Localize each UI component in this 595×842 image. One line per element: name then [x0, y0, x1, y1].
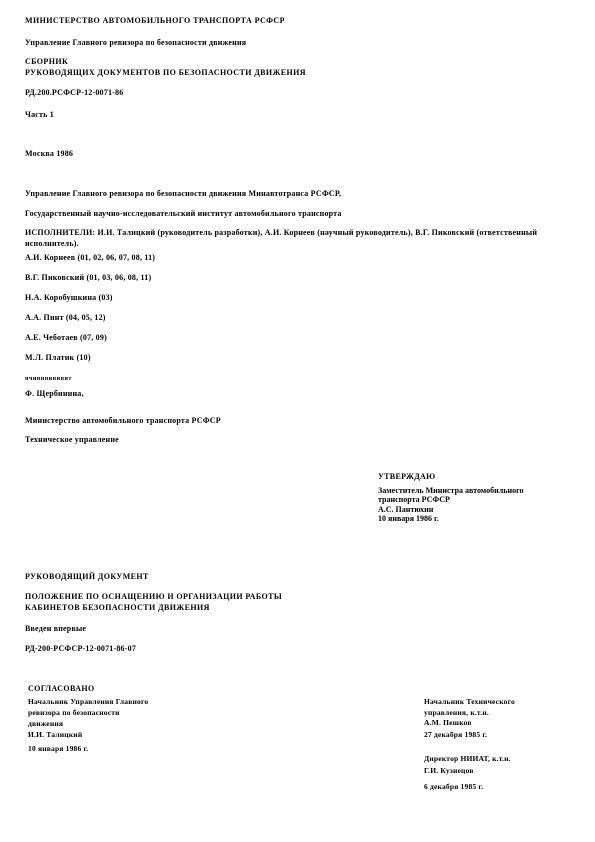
executor-item: М.Л. Платик (10) [25, 352, 155, 363]
collection-title: СБОРНИК РУКОВОДЯЩИХ ДОКУМЕНТОВ ПО БЕЗОПА… [25, 56, 306, 78]
document-type-label: РУКОВОДЯЩИЙ ДОКУМЕНТ [25, 571, 149, 582]
approval-name: А.С. Пантюхин [378, 505, 524, 515]
approval-date: 10 января 1986 г. [378, 514, 524, 524]
approval-label: УТВЕРЖДАЮ [378, 472, 524, 482]
executor-item: Н.А. Коробушкина (03) [25, 292, 155, 303]
document-page: МИНИСТЕРСТВО АВТОМОБИЛЬНОГО ТРАНСПОРТА Р… [0, 0, 595, 842]
executors-list: А.И. Корнеев (01, 02, 06, 07, 08, 11) В.… [25, 252, 155, 372]
part-label: Часть 1 [25, 109, 54, 120]
agreement-left-position: Начальник Управления Главного ревизора п… [28, 696, 148, 729]
document-title: ПОЛОЖЕНИЕ ПО ОСНАЩЕНИЮ И ОРГАНИЗАЦИИ РАБ… [25, 591, 365, 613]
collection-doc-code: РД.200.РСФСР-12-0071-86 [25, 87, 123, 98]
approval-block: УТВЕРЖДАЮ Заместитель Министра автомобил… [378, 472, 524, 524]
executor-item: А.А. Пинт (04, 05, 12) [25, 312, 155, 323]
introduced-label: Введен впервые [25, 623, 86, 634]
executors-intro: ИСПОЛНИТЕЛИ: И.И. Талицкий (руководитель… [25, 227, 545, 249]
reviewer-dept: Техническое управление [25, 434, 119, 445]
department-subtitle: Управление Главного ревизора по безопасн… [25, 37, 246, 48]
reviewer-org: Министерство автомобильного транспорта Р… [25, 415, 221, 426]
agreement-right1-name: А.М. Пешков [424, 717, 472, 728]
ministry-title: МИНИСТЕРСТВО АВТОМОБИЛЬНОГО ТРАНСПОРТА Р… [25, 15, 285, 26]
developer-org-1: Управление Главного ревизора по безопасн… [25, 188, 341, 199]
agreement-left-date: 10 января 1986 г. [28, 743, 88, 754]
reviewer-name: Ф. Щербинина, [25, 388, 84, 399]
executor-item: В.Г. Пиковский (01, 03, 06, 08, 11) [25, 272, 155, 283]
agreement-right2-position: Директор НИИАТ, к.т.н. [424, 753, 511, 764]
agreement-right2-name: Г.И. Кузнецов [424, 765, 474, 776]
agreement-label: СОГЛАСОВАНО [28, 683, 95, 694]
executor-item: А.И. Корнеев (01, 02, 06, 07, 08, 11) [25, 252, 155, 263]
executor-item: А.Е. Чеботаев (07, 09) [25, 332, 155, 343]
developer-org-2: Государственный научно-исследовательский… [25, 208, 342, 219]
agreement-right2-date: 6 декабря 1985 г. [424, 781, 483, 792]
fine-print-line: нчипипипипит [25, 376, 72, 383]
approval-position: Заместитель Министра автомобильного тран… [378, 486, 524, 505]
agreement-left-name: И.И. Талицкий [28, 729, 82, 740]
agreement-right1-position: Начальник Технического управления, к.т.н… [424, 696, 515, 718]
document-code: РД-200-РСФСР-12-0071-86-07 [25, 643, 136, 654]
agreement-right1-date: 27 декабря 1985 г. [424, 729, 487, 740]
city-year: Москва 1986 [25, 148, 73, 159]
